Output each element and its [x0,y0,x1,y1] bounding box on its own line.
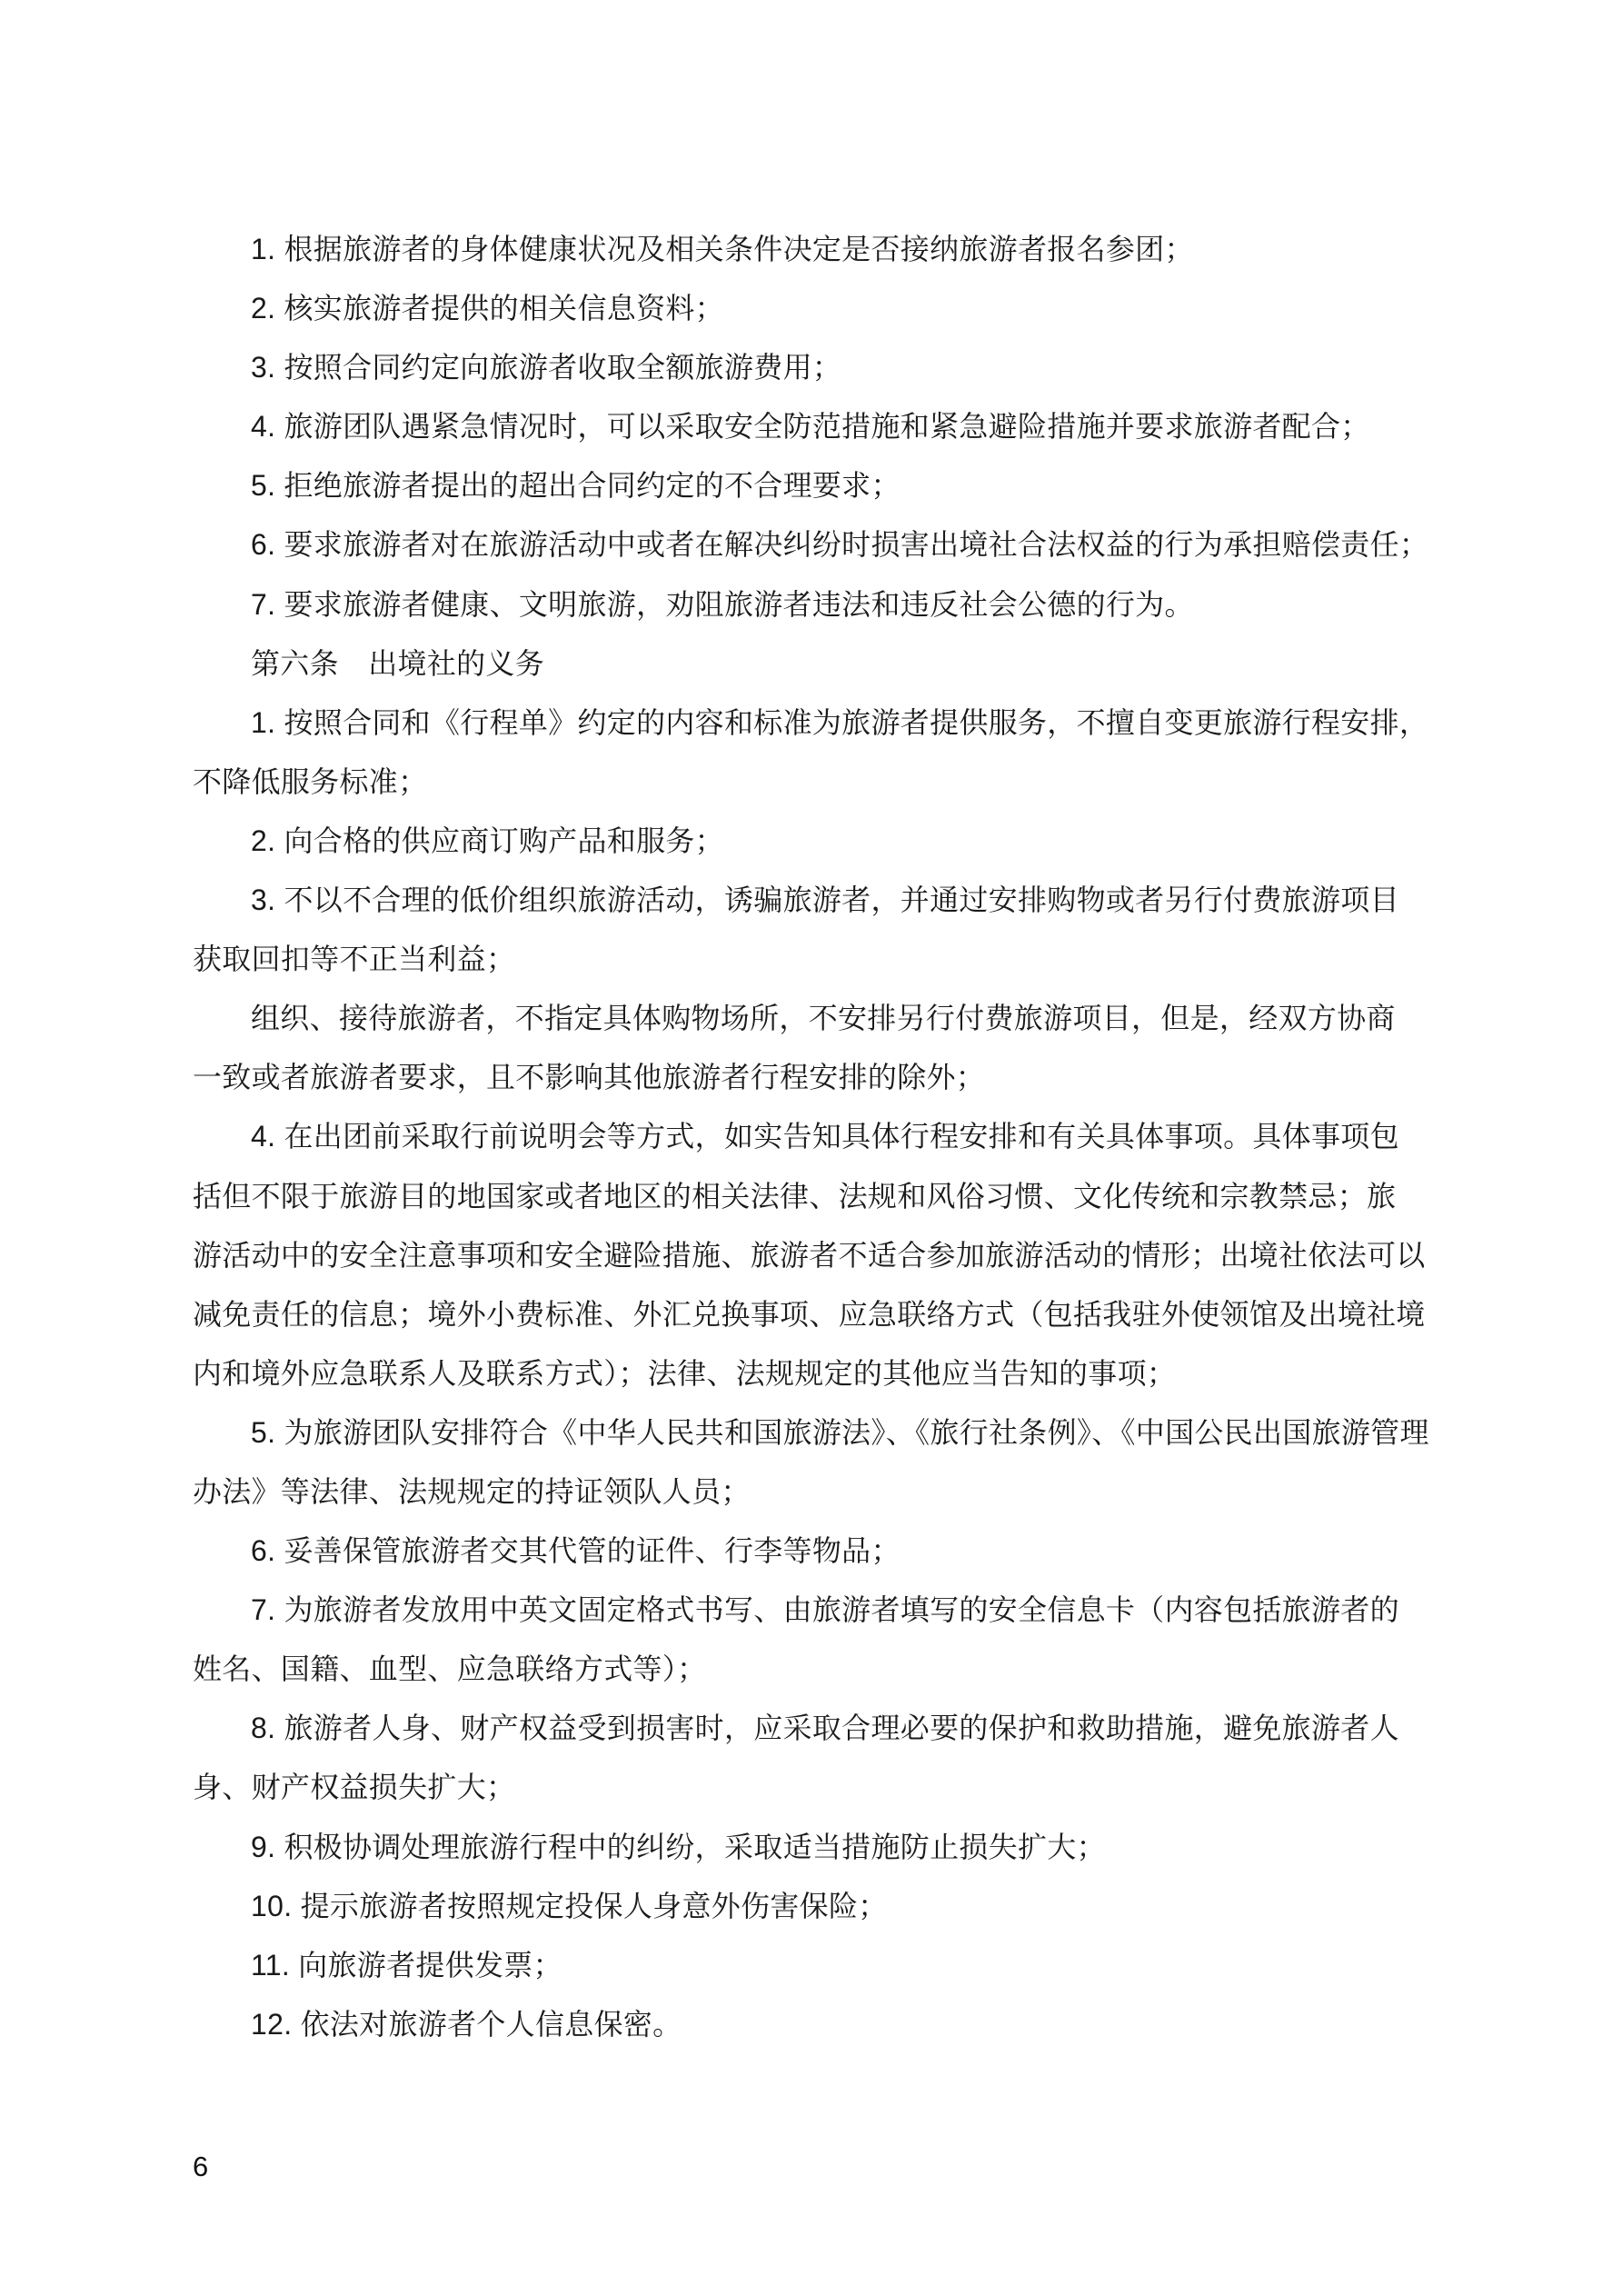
text-line: 括但不限于旅游目的地国家或者地区的相关法律、法规和风俗习惯、文化传统和宗教禁忌；… [193,1167,1438,1226]
text-line: 11. 向旅游者提供发票； [193,1936,1438,1995]
text-line: 2. 核实旅游者提供的相关信息资料； [193,279,1438,338]
text-line: 办法》等法律、法规规定的持证领队人员； [193,1462,1438,1522]
text-line: 7. 为旅游者发放用中英文固定格式书写、由旅游者填写的安全信息卡（内容包括旅游者… [193,1581,1438,1640]
text-line: 5. 为旅游团队安排符合《中华人民共和国旅游法》、《旅行社条例》、《中国公民出国… [193,1403,1438,1462]
text-line: 获取回扣等不正当利益； [193,930,1438,989]
text-line: 1. 按照合同和《行程单》约定的内容和标准为旅游者提供服务，不擅自变更旅游行程安… [193,694,1438,753]
text-line: 身、财产权益损失扩大； [193,1758,1438,1817]
text-line: 10. 提示旅游者按照规定投保人身意外伤害保险； [193,1877,1438,1936]
text-line: 内和境外应急联系人及联系方式）；法律、法规规定的其他应当告知的事项； [193,1344,1438,1403]
text-line: 8. 旅游者人身、财产权益受到损害时，应采取合理必要的保护和救助措施，避免旅游者… [193,1699,1438,1758]
text-line: 一致或者旅游者要求，且不影响其他旅游者行程安排的除外； [193,1048,1438,1107]
document-page: 1. 根据旅游者的身体健康状况及相关条件决定是否接纳旅游者报名参团；2. 核实旅… [0,0,1622,2296]
text-line: 6. 妥善保管旅游者交其代管的证件、行李等物品； [193,1522,1438,1581]
section-heading: 第六条 出境社的义务 [193,634,1438,694]
text-line: 4. 在出团前采取行前说明会等方式，如实告知具体行程安排和有关具体事项。具体事项… [193,1107,1438,1166]
text-line: 姓名、国籍、血型、应急联络方式等）； [193,1640,1438,1699]
text-line: 12. 依法对旅游者个人信息保密。 [193,1995,1438,2054]
text-line: 3. 按照合同约定向旅游者收取全额旅游费用； [193,338,1438,397]
text-line: 9. 积极协调处理旅游行程中的纠纷，采取适当措施防止损失扩大； [193,1818,1438,1877]
text-line: 游活动中的安全注意事项和安全避险措施、旅游者不适合参加旅游活动的情形；出境社依法… [193,1226,1438,1285]
text-line: 2. 向合格的供应商订购产品和服务； [193,812,1438,871]
text-line: 组织、接待旅游者，不指定具体购物场所，不安排另行付费旅游项目，但是，经双方协商 [193,989,1438,1048]
document-body: 1. 根据旅游者的身体健康状况及相关条件决定是否接纳旅游者报名参团；2. 核实旅… [193,220,1438,2054]
page-number: 6 [193,2145,208,2189]
text-line: 不降低服务标准； [193,753,1438,812]
text-line: 1. 根据旅游者的身体健康状况及相关条件决定是否接纳旅游者报名参团； [193,220,1438,279]
text-lines-container: 1. 根据旅游者的身体健康状况及相关条件决定是否接纳旅游者报名参团；2. 核实旅… [193,220,1438,2054]
text-line: 6. 要求旅游者对在旅游活动中或者在解决纠纷时损害出境社合法权益的行为承担赔偿责… [193,515,1438,574]
text-line: 减免责任的信息；境外小费标准、外汇兑换事项、应急联络方式（包括我驻外使领馆及出境… [193,1285,1438,1344]
text-line: 4. 旅游团队遇紧急情况时，可以采取安全防范措施和紧急避险措施并要求旅游者配合； [193,397,1438,456]
text-line: 7. 要求旅游者健康、文明旅游，劝阻旅游者违法和违反社会公德的行为。 [193,575,1438,634]
text-line: 5. 拒绝旅游者提出的超出合同约定的不合理要求； [193,456,1438,515]
text-line: 3. 不以不合理的低价组织旅游活动，诱骗旅游者，并通过安排购物或者另行付费旅游项… [193,871,1438,930]
